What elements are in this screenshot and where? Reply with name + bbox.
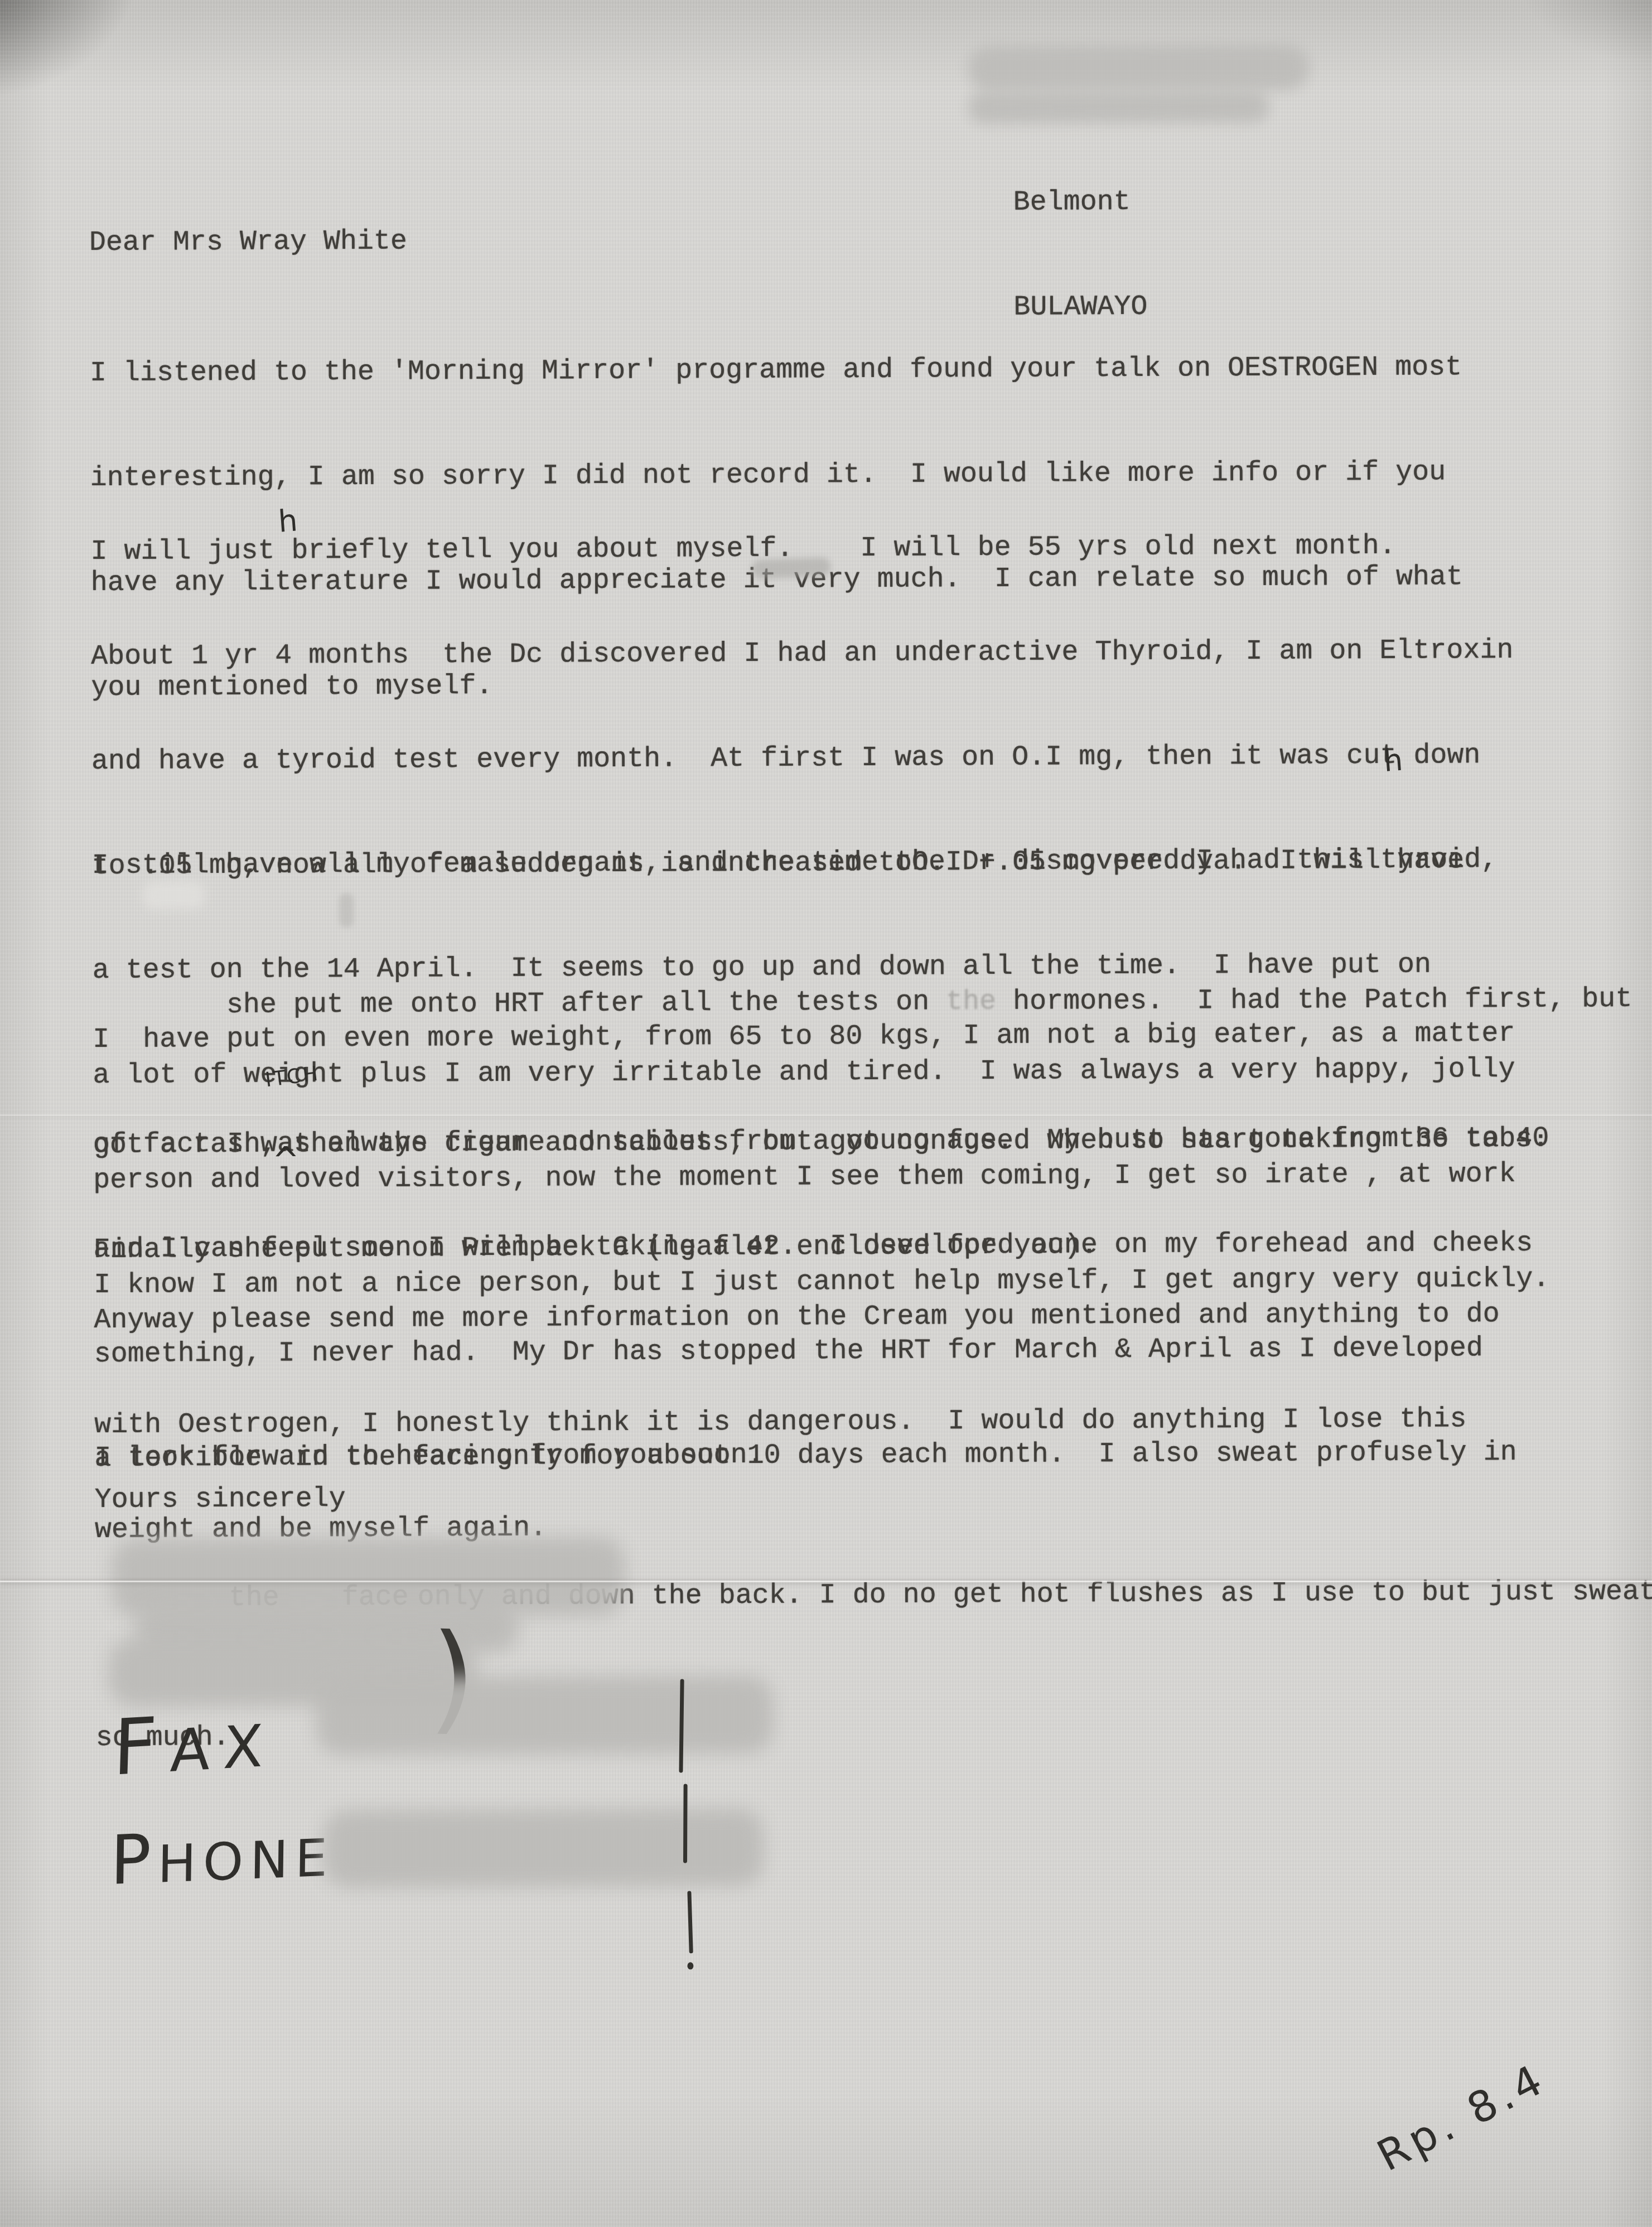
whiteout-smudge (143, 881, 205, 909)
ink-drip (339, 893, 354, 927)
closing: Yours sincerely (95, 1482, 346, 1518)
letter-sheet: Belmont BULAWAYO Dear Mrs Wray White I l… (0, 0, 1652, 2227)
fax-label: FAX (112, 1701, 278, 1787)
corner-note: Rp. 8.4 (1371, 2057, 1552, 2178)
address-redaction-1 (968, 44, 1309, 91)
typed-line: Anyway please send me more information o… (94, 1297, 1500, 1339)
correction-smudge (751, 557, 831, 579)
typed-line: I listened to the 'Morning Mirror' progr… (90, 350, 1462, 391)
phone-number-redaction (323, 1808, 764, 1888)
fold-crease-2 (0, 1581, 1652, 1582)
fax-number-redaction (316, 1675, 774, 1756)
pen-stroke-2 (683, 1784, 688, 1863)
address-line-belmont: Belmont (1013, 185, 1147, 221)
handwritten-h-insert-1: h (277, 505, 298, 537)
salutation: Dear Mrs Wray White (89, 225, 407, 261)
typed-line: I have put on even more weight, from 65 … (93, 1016, 1652, 1058)
letter-content: Belmont BULAWAYO Dear Mrs Wray White I l… (0, 0, 1652, 2227)
handwritten-h-insert-2: h (1383, 745, 1404, 776)
typed-line: About 1 yr 4 months the Dc discovered I … (91, 634, 1547, 675)
pen-stroke-3 (687, 1891, 693, 1953)
typed-line: of fact I was always figure conscious fr… (93, 1121, 1652, 1163)
typed-line: and have a tyroid test every month. At f… (91, 738, 1548, 779)
paragraph-6: I look forward to hearing from you soon. (94, 1369, 765, 1546)
pen-dot (687, 1962, 693, 1969)
fold-crease-1 (0, 1114, 1652, 1116)
typed-line: I look forward to hearing from you soon. (94, 1438, 764, 1476)
phone-label: PHONE (110, 1818, 335, 1895)
handwritten-caret: ^ (272, 1142, 300, 1179)
typed-line: I still have all my female organs, and t… (92, 842, 1632, 884)
